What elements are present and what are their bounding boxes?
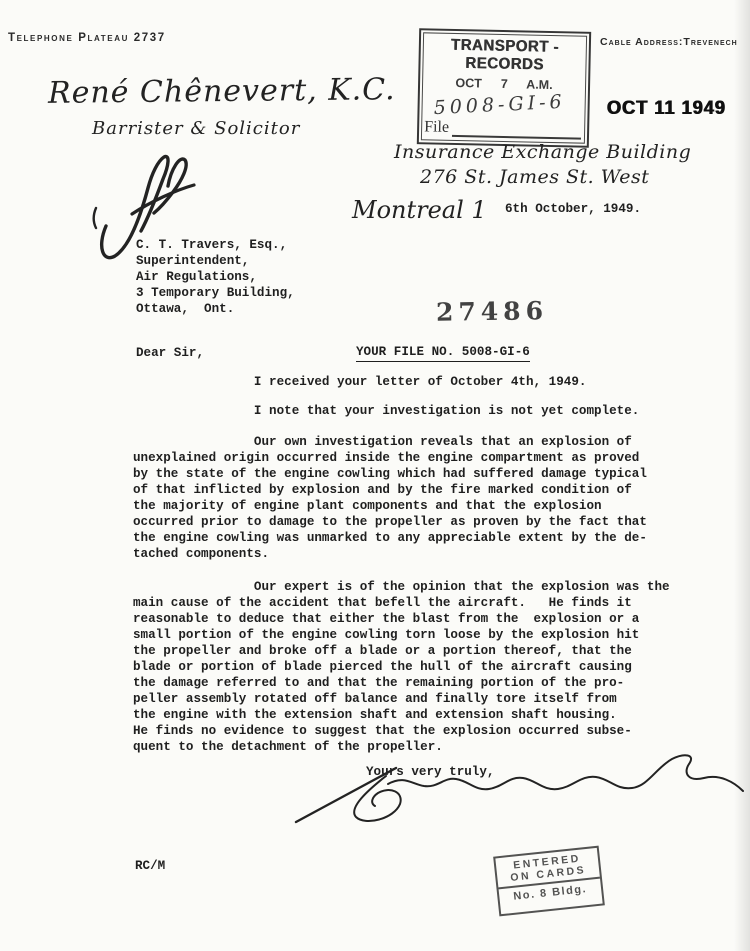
salutation: Dear Sir, xyxy=(136,345,204,361)
letterhead-building: Insurance Exchange Building xyxy=(394,141,691,163)
body-paragraph-3: Our own investigation reveals that an ex… xyxy=(133,434,673,562)
cable-address-line: Cable Address:Trevenech xyxy=(600,36,738,48)
recipient-building: 3 Temporary Building, xyxy=(136,285,295,301)
body-paragraph-1: I received your letter of October 4th, 1… xyxy=(133,374,673,390)
file-blank-line xyxy=(452,121,581,140)
body-paragraph-2: I note that your investigation is not ye… xyxy=(133,403,673,419)
transport-records-stamp: TRANSPORT - RECORDS OCT 7 A.M. 5008-GI-6… xyxy=(417,28,591,148)
recipient-city: Ottawa, Ont. xyxy=(136,301,234,317)
body-paragraph-4: Our expert is of the opinion that the ex… xyxy=(133,579,673,755)
transport-stamp-title: TRANSPORT - RECORDS xyxy=(420,35,589,74)
transport-stamp-file-label: File xyxy=(424,118,581,139)
typist-initials: RC/M xyxy=(135,858,165,874)
letterhead-name: René Chênevert, K.C. xyxy=(48,72,396,111)
letterhead-profession: Barrister & Solicitor xyxy=(92,118,300,139)
docket-number-stamp: 27486 xyxy=(436,296,548,327)
telephone-line: Telephone Plateau 2737 xyxy=(8,32,166,44)
letterhead-street: 276 St. James St. West xyxy=(420,166,649,188)
letterhead-city: Montreal 1 xyxy=(352,196,487,224)
recipient-title: Superintendent, xyxy=(136,253,249,269)
letter-page: Telephone Plateau 2737 Cable Address:Tre… xyxy=(0,0,750,951)
subject-file-number: YOUR FILE NO. 5008-GI-6 xyxy=(356,344,530,362)
signature-scrawl xyxy=(228,742,748,837)
recipient-department: Air Regulations, xyxy=(136,269,257,285)
entered-on-cards-stamp: ENTERED ON CARDS No. 8 Bldg. xyxy=(493,846,605,917)
letter-date: 6th October, 1949. xyxy=(505,201,641,217)
recipient-name: C. T. Travers, Esq., xyxy=(136,237,287,253)
date-received-stamp: OCT 11 1949 xyxy=(606,98,725,120)
letter-body: I received your letter of October 4th, 1… xyxy=(133,374,673,755)
